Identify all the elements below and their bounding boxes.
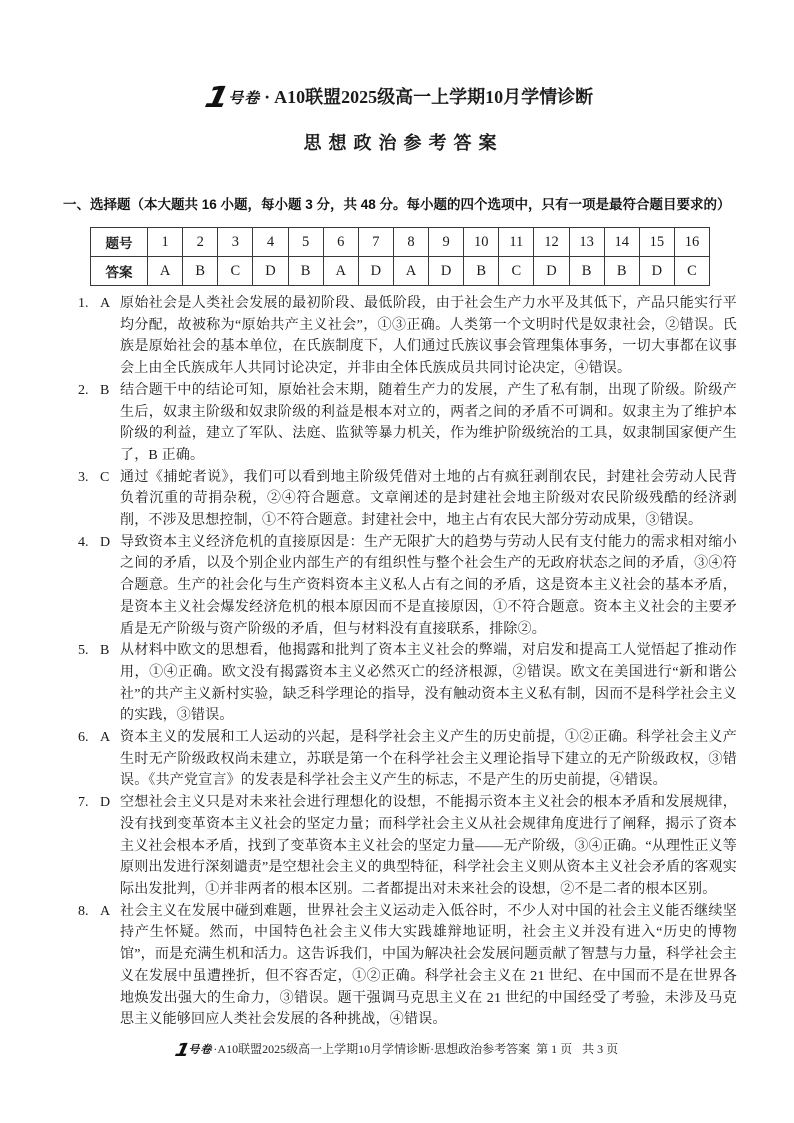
footer-page-number: 第 1 页 bbox=[536, 1042, 572, 1056]
answer-cell: C bbox=[674, 257, 709, 286]
explanation-answer: C bbox=[100, 467, 120, 489]
exam-brand-logo: 1号卷 bbox=[207, 82, 260, 113]
explanation-number: 1. bbox=[78, 293, 100, 315]
explanation-answer: D bbox=[100, 532, 120, 554]
explanation-answer: D bbox=[100, 792, 120, 814]
explanation-item-3: 3. C 通过《捕蛇者说》，我们可以看到地主阶级凭借对土地的占有疯狂剥削农民，封… bbox=[78, 467, 737, 532]
answer-cell: B bbox=[288, 257, 323, 286]
brand-stroke-icon: 1 bbox=[202, 83, 231, 112]
brand-logo-label: 号卷 bbox=[228, 89, 260, 107]
explanation-number: 7. bbox=[78, 792, 100, 814]
question-number-cell: 9 bbox=[429, 228, 464, 257]
question-number-cell: 1 bbox=[148, 228, 183, 257]
footer-brand-logo: 1号卷 bbox=[176, 1041, 214, 1060]
answer-cell: A bbox=[148, 257, 183, 286]
explanation-text: 原始社会是人类社会发展的最初阶段、最低阶段，由于社会生产力水平及其低下，产品只能… bbox=[120, 293, 737, 380]
explanation-text: 社会主义在发展中碰到难题，世界社会主义运动走入低谷时，不少人对中国的社会主义能否… bbox=[120, 901, 737, 1031]
question-number-cell: 15 bbox=[639, 228, 674, 257]
explanation-item-7: 7. D 空想社会主义只是对未来社会进行理想化的设想，不能揭示资本主义社会的根本… bbox=[78, 792, 737, 901]
answer-cell: B bbox=[183, 257, 218, 286]
question-number-cell: 7 bbox=[358, 228, 393, 257]
brand-separator: · bbox=[260, 87, 274, 107]
question-number-cell: 6 bbox=[323, 228, 358, 257]
explanation-text: 通过《捕蛇者说》，我们可以看到地主阶级凭借对土地的占有疯狂剥削农民，封建社会劳动… bbox=[120, 467, 737, 532]
explanation-answer: A bbox=[100, 727, 120, 749]
explanation-number: 6. bbox=[78, 727, 100, 749]
question-number-cell: 13 bbox=[569, 228, 604, 257]
explanation-answer: B bbox=[100, 380, 120, 402]
explanation-number: 3. bbox=[78, 467, 100, 489]
answer-cell: C bbox=[218, 257, 253, 286]
answer-row-label: 答案 bbox=[91, 257, 148, 286]
question-number-row-label: 题号 bbox=[91, 228, 148, 257]
explanation-list: 1. A 原始社会是人类社会发展的最初阶段、最低阶段，由于社会生产力水平及其低下… bbox=[63, 293, 737, 1031]
question-number-cell: 2 bbox=[183, 228, 218, 257]
explanation-text: 资本主义的发展和工人运动的兴起，是科学社会主义产生的历史前提，①②正确。科学社会… bbox=[120, 727, 737, 792]
explanation-text: 空想社会主义只是对未来社会进行理想化的设想，不能揭示资本主义社会的根本矛盾和发展… bbox=[120, 792, 737, 901]
doc-footer: 1号卷 ·A10联盟2025级高一上学期10月学情诊断·思想政治参考答案第 1 … bbox=[0, 1040, 794, 1060]
answer-cell: A bbox=[323, 257, 358, 286]
explanation-number: 4. bbox=[78, 532, 100, 554]
explanation-answer: A bbox=[100, 901, 120, 923]
answer-cell: D bbox=[358, 257, 393, 286]
explanation-item-4: 4. D 导致资本主义经济危机的直接原因是：生产无限扩大的趋势与劳动人民有支付能… bbox=[78, 532, 737, 641]
explanation-answer: A bbox=[100, 293, 120, 315]
question-number-cell: 12 bbox=[534, 228, 569, 257]
explanation-item-2: 2. B 结合题干中的结论可知，原始社会末期，随着生产力的发展，产生了私有制，出… bbox=[78, 380, 737, 467]
question-number-cell: 4 bbox=[253, 228, 288, 257]
exam-series-title: A10联盟2025级高一上学期10月学情诊断 bbox=[274, 87, 593, 107]
explanation-answer: B bbox=[100, 640, 120, 662]
doc-header: 1号卷 ·A10联盟2025级高一上学期10月学情诊断 思想政治参考答案 bbox=[63, 82, 737, 155]
answer-sheet-page: 1号卷 ·A10联盟2025级高一上学期10月学情诊断 思想政治参考答案 一、选… bbox=[0, 0, 794, 1123]
question-number-cell: 11 bbox=[499, 228, 534, 257]
answer-cell: D bbox=[429, 257, 464, 286]
footer-brand-logo-label: 号卷 bbox=[188, 1043, 212, 1056]
footer-brand-stroke-icon: 1 bbox=[173, 1042, 191, 1060]
explanation-item-8: 8. A 社会主义在发展中碰到难题，世界社会主义运动走入低谷时，不少人对中国的社… bbox=[78, 901, 737, 1031]
page-title: 思想政治参考答案 bbox=[63, 129, 737, 155]
answer-cell: D bbox=[253, 257, 288, 286]
question-number-cell: 10 bbox=[464, 228, 499, 257]
explanation-number: 5. bbox=[78, 640, 100, 662]
explanation-text: 从材料中欧文的思想看，他揭露和批判了资本主义社会的弊端，对启发和提高工人觉悟起了… bbox=[120, 640, 737, 727]
explanation-item-5: 5. B 从材料中欧文的思想看，他揭露和批判了资本主义社会的弊端，对启发和提高工… bbox=[78, 640, 737, 727]
question-number-cell: 3 bbox=[218, 228, 253, 257]
explanation-number: 2. bbox=[78, 380, 100, 402]
explanation-text: 结合题干中的结论可知，原始社会末期，随着生产力的发展，产生了私有制，出现了阶级。… bbox=[120, 380, 737, 467]
brand-line: 1号卷 ·A10联盟2025级高一上学期10月学情诊断 bbox=[63, 82, 737, 113]
explanation-number: 8. bbox=[78, 901, 100, 923]
section-heading: 一、选择题（本大题共 16 小题，每小题 3 分，共 48 分。每小题的四个选项… bbox=[63, 195, 737, 215]
answer-cell: D bbox=[639, 257, 674, 286]
explanation-item-1: 1. A 原始社会是人类社会发展的最初阶段、最低阶段，由于社会生产力水平及其低下… bbox=[78, 293, 737, 380]
answer-cell: B bbox=[464, 257, 499, 286]
question-number-cell: 14 bbox=[604, 228, 639, 257]
answer-cell: B bbox=[604, 257, 639, 286]
question-number-cell: 16 bbox=[674, 228, 709, 257]
answer-cell: C bbox=[499, 257, 534, 286]
question-number-row: 题号 1 2 3 4 5 6 7 8 9 10 11 12 13 14 15 1… bbox=[91, 228, 710, 257]
explanation-item-6: 6. A 资本主义的发展和工人运动的兴起，是科学社会主义产生的历史前提，①②正确… bbox=[78, 727, 737, 792]
answer-row: 答案 A B C D B A D A D B C D B B D C bbox=[91, 257, 710, 286]
footer-pages-total: 共 3 页 bbox=[582, 1042, 618, 1056]
question-number-cell: 8 bbox=[393, 228, 428, 257]
answer-cell: A bbox=[393, 257, 428, 286]
answer-cell: B bbox=[569, 257, 604, 286]
answer-table: 题号 1 2 3 4 5 6 7 8 9 10 11 12 13 14 15 1… bbox=[90, 227, 710, 286]
answer-cell: D bbox=[534, 257, 569, 286]
explanation-text: 导致资本主义经济危机的直接原因是：生产无限扩大的趋势与劳动人民有支付能力的需求相… bbox=[120, 532, 737, 641]
footer-text: ·A10联盟2025级高一上学期10月学情诊断·思想政治参考答案 bbox=[213, 1042, 530, 1056]
question-number-cell: 5 bbox=[288, 228, 323, 257]
